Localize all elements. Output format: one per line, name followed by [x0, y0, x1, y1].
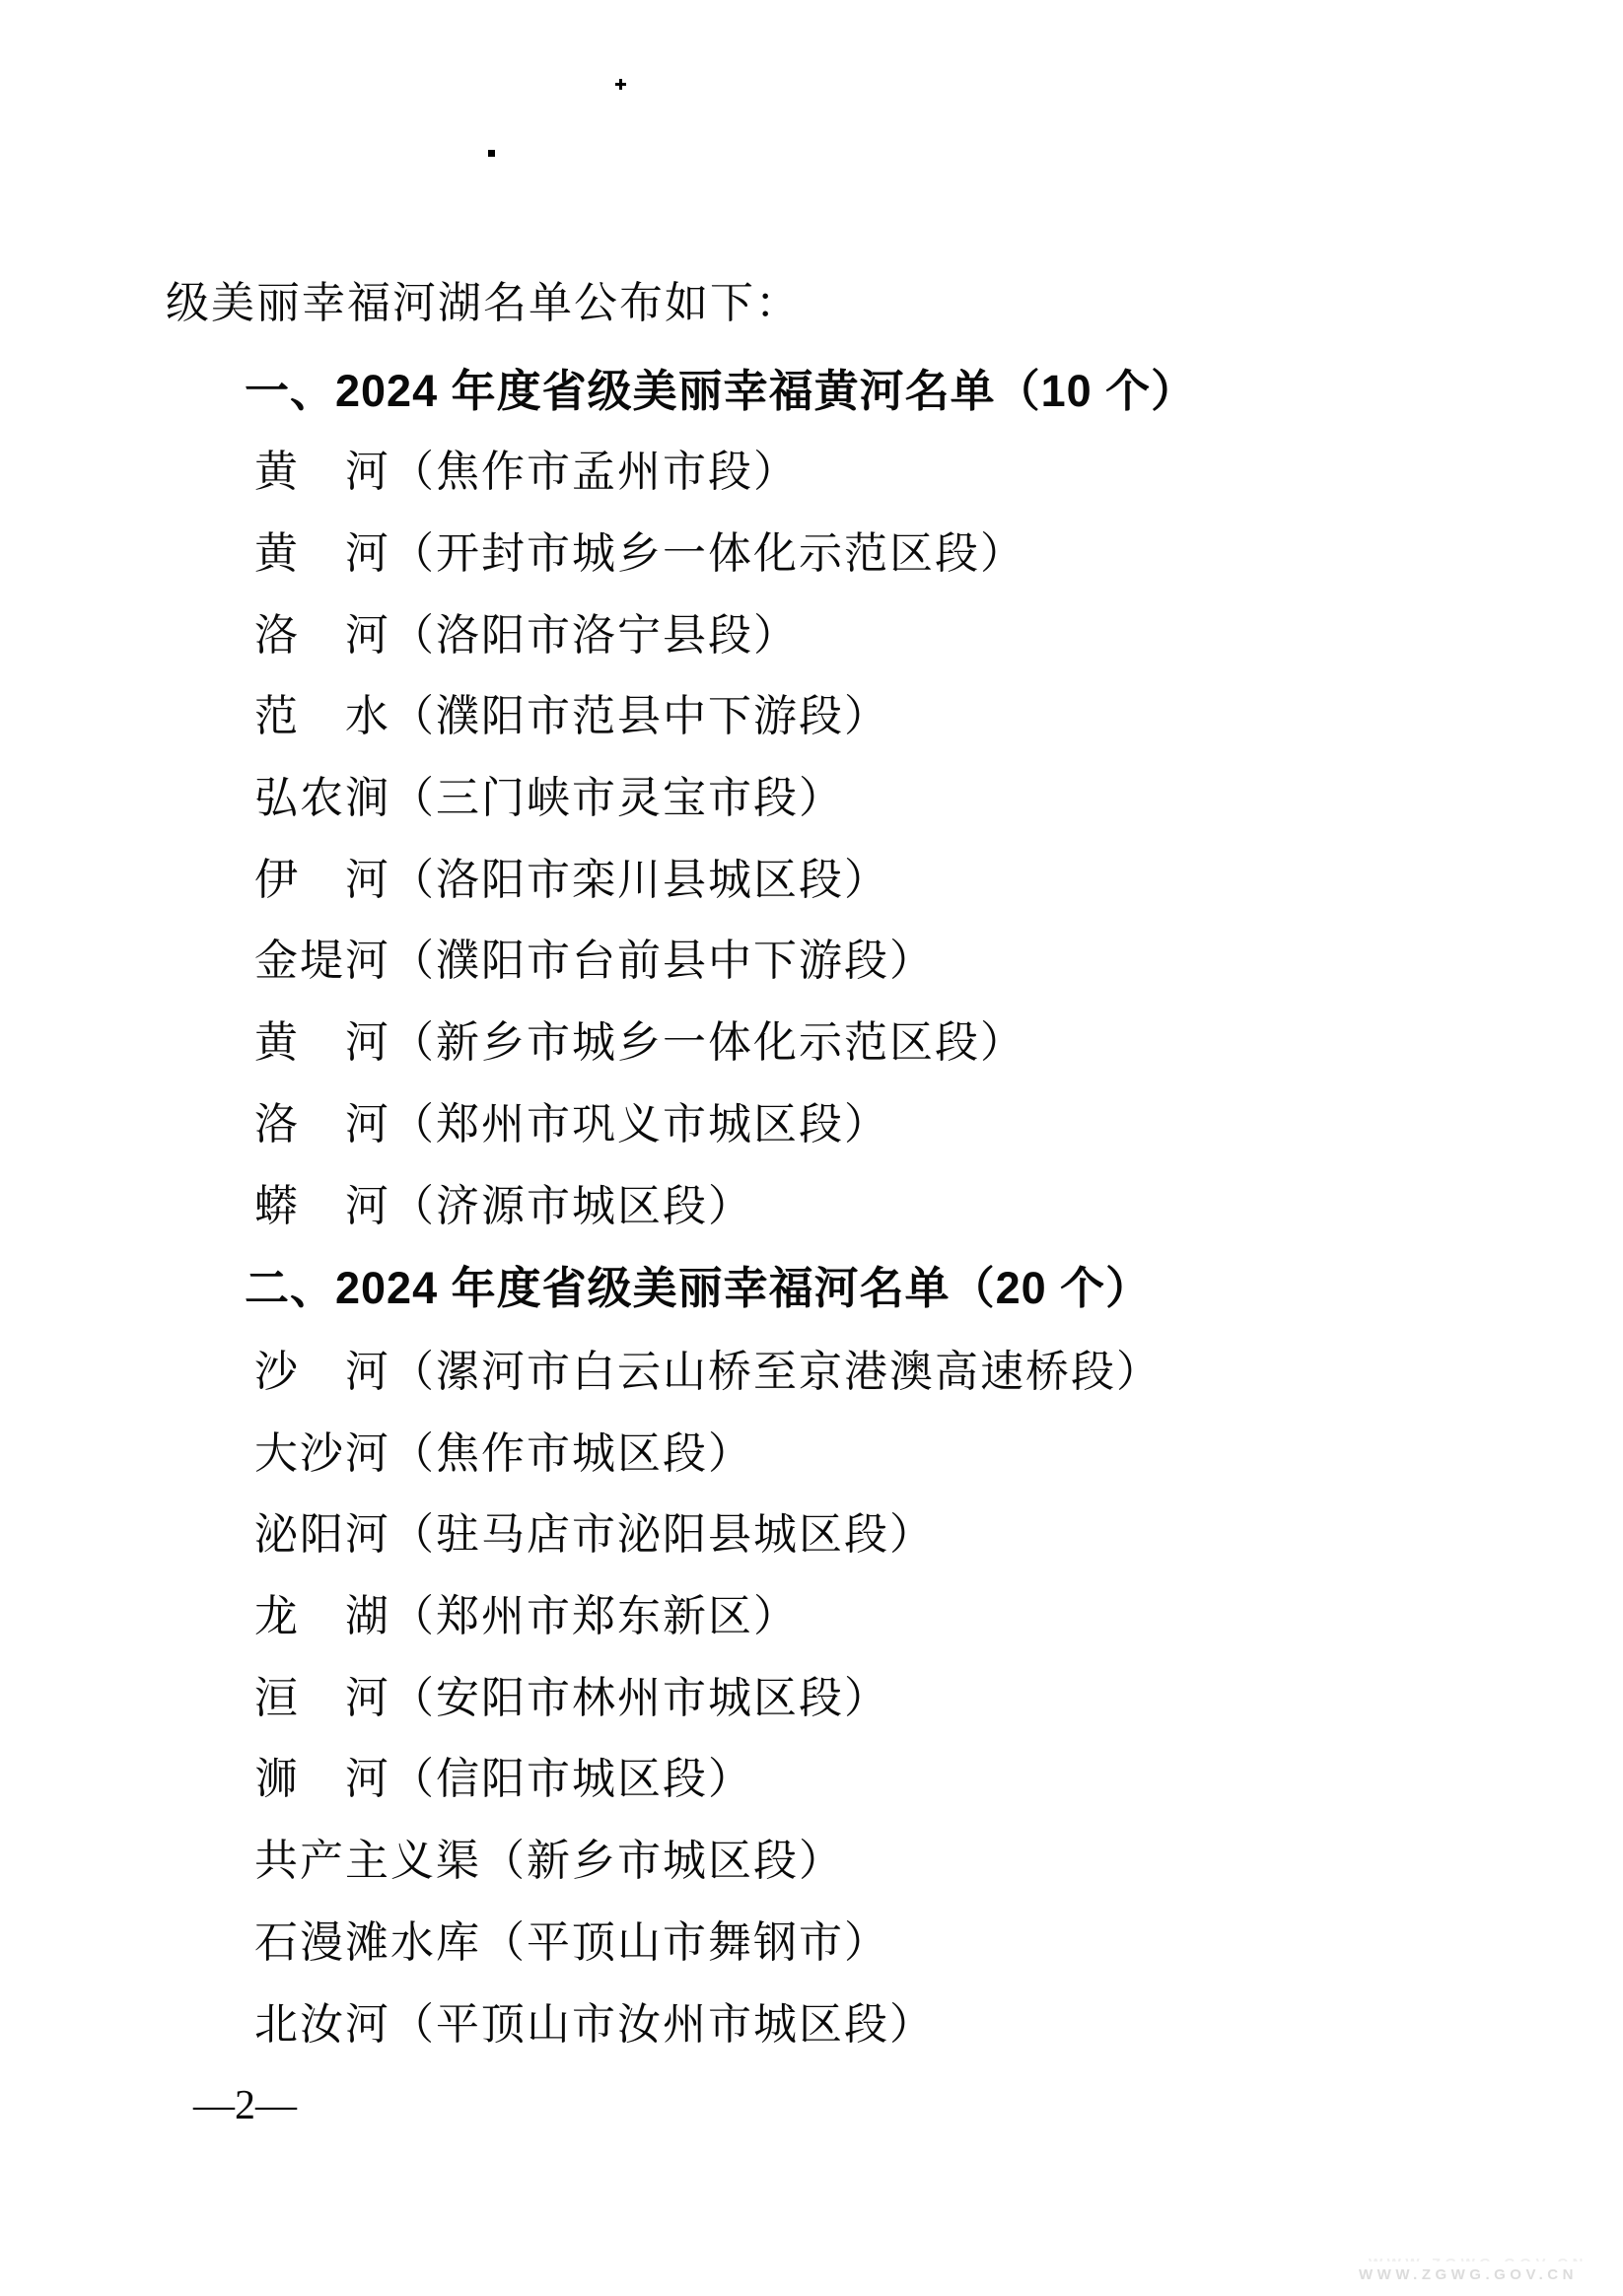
section-2-heading: 二、2024 年度省级美丽幸福河名单（20 个）: [245, 1264, 1151, 1313]
river-list-item: 泌阳河（驻马店市泌阳县城区段）: [254, 1511, 935, 1559]
intro-continuation-line: 级美丽幸福河湖名单公布如下：: [166, 280, 801, 327]
scanned-document-page: 级美丽幸福河湖名单公布如下： 一、2024 年度省级美丽幸福黄河名单（10 个）…: [0, 0, 1623, 2296]
river-list-item: 黄 河（新乡市城乡一体化示范区段）: [254, 1019, 1025, 1067]
river-list-item: 伊 河（洛阳市栾川县城区段）: [254, 857, 889, 904]
river-list-item: 洛 河（郑州市巩义市城区段）: [254, 1101, 889, 1148]
site-watermark-echo: WWW.ZGWG.GOV.CN: [1369, 2256, 1588, 2261]
section-1-heading: 一、2024 年度省级美丽幸福黄河名单（10 个）: [245, 367, 1196, 416]
river-list-item: 洹 河（安阳市林州市城区段）: [254, 1675, 889, 1722]
river-list-item: 金堤河（濮阳市台前县中下游段）: [254, 938, 935, 985]
river-list-item: 石漫滩水库（平顶山市舞钢市）: [254, 1919, 889, 1967]
site-watermark: WWW.ZGWG.GOV.CN: [1359, 2266, 1578, 2283]
river-list-item: 范 水（濮阳市范县中下游段）: [254, 693, 889, 740]
scan-speck-icon: [488, 150, 495, 157]
river-list-item: 浉 河（信阳市城区段）: [254, 1756, 753, 1803]
river-list-item: 龙 湖（郑州市郑东新区）: [254, 1593, 799, 1640]
river-list-item: 沙 河（漯河市白云山桥至京港澳高速桥段）: [254, 1349, 1162, 1396]
river-list-item: 洛 河（洛阳市洛宁县段）: [254, 612, 799, 660]
river-list-item: 弘农涧（三门峡市灵宝市段）: [254, 775, 844, 822]
river-list-item: 黄 河（焦作市孟州市段）: [254, 449, 799, 496]
river-list-item: 蟒 河（济源市城区段）: [254, 1183, 753, 1230]
river-list-item: 黄 河（开封市城乡一体化示范区段）: [254, 530, 1025, 578]
scan-speck-icon: [615, 83, 626, 86]
river-list-item: 共产主义渠（新乡市城区段）: [254, 1838, 844, 1885]
page-number: —2—: [193, 2082, 297, 2129]
river-list-item: 北汝河（平顶山市汝州市城区段）: [254, 2001, 935, 2049]
river-list-item: 大沙河（焦作市城区段）: [254, 1430, 753, 1478]
